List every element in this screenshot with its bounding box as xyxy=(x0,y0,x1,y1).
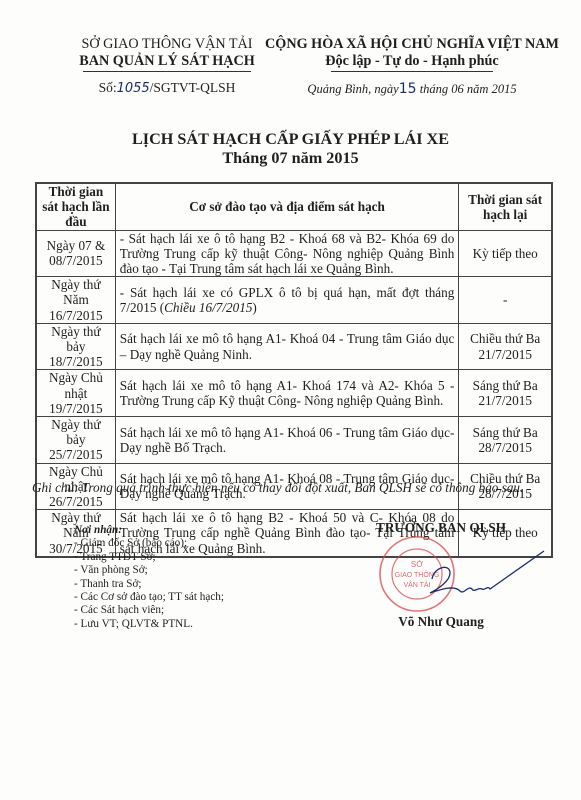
header-first-exam: Thời gian sát hạch lần đầu xyxy=(36,183,115,230)
recipient-item: - Lưu VT; QLVT& PTNL. xyxy=(74,618,224,631)
first-exam-date: Ngày thứ bảy 25/7/2015 xyxy=(36,417,115,464)
motto: Độc lập - Tự do - Hạnh phúc xyxy=(262,53,562,70)
exam-location: - Sát hạch lái xe ô tô hạng B2 - Khoá 68… xyxy=(115,230,459,277)
agency-underline xyxy=(83,71,251,72)
first-exam-date: Ngày 07 & 08/7/2015 xyxy=(36,230,115,277)
department-name: SỞ GIAO THÔNG VẬN TẢI xyxy=(52,36,282,53)
issue-date: Quảng Bình, ngày15 tháng 06 năm 2015 xyxy=(262,81,562,97)
first-exam-date: Ngày thứ bảy 18/7/2015 xyxy=(36,323,115,370)
number-handwritten: 1055 xyxy=(117,81,150,96)
table-row: Ngày 07 & 08/7/2015- Sát hạch lái xe ô t… xyxy=(36,230,552,277)
date-suffix: tháng 06 năm 2015 xyxy=(417,82,517,96)
nation-name: CỘNG HÒA XÃ HỘI CHỦ NGHĨA VIỆT NAM xyxy=(262,36,562,53)
table-row: Ngày thứ Năm 16/7/2015- Sát hạch lái xe … xyxy=(36,277,552,324)
recipients-list: - Giám đốc Sở (báo cáo);- Trang TTĐT Sở;… xyxy=(74,537,224,631)
table-row: Ngày thứ bảy 18/7/2015Sát hạch lái xe mô… xyxy=(36,323,552,370)
motto-underline xyxy=(331,71,493,72)
title-line-2: Tháng 07 năm 2015 xyxy=(0,149,581,168)
location-text: Sát hạch lái xe mô tô hạng A1- Khoá 06 -… xyxy=(120,425,455,455)
signer-position: TRƯỞNG BAN QLSH xyxy=(346,520,536,536)
first-exam-date: Ngày Chủ nhật 19/7/2015 xyxy=(36,370,115,417)
exam-location: Sát hạch lái xe mô tô hạng A1- Khoá 04 -… xyxy=(115,323,459,370)
recipient-item: - Văn phòng Sở; xyxy=(74,564,224,577)
footnote: Ghi chú: Trong quá trình thực hiện nếu c… xyxy=(32,480,523,496)
number-prefix: Số: xyxy=(99,80,117,95)
recipient-item: - Trang TTĐT Sở; xyxy=(74,551,224,564)
first-exam-date: Ngày thứ Năm 16/7/2015 xyxy=(36,277,115,324)
retest-date: Chiều thứ Ba 21/7/2015 xyxy=(459,323,552,370)
document-number: Số:1055/SGTVT-QLSH xyxy=(52,80,282,96)
number-suffix: /SGTVT-QLSH xyxy=(150,80,236,95)
location-italic-note: Chiều 16/7/2015 xyxy=(164,300,252,315)
exam-schedule-table: Thời gian sát hạch lần đầu Cơ sở đào tạo… xyxy=(35,182,553,558)
recipient-item: - Các Cơ sở đào tạo; TT sát hạch; xyxy=(74,591,224,604)
header-location: Cơ sở đào tạo và địa điểm sát hạch xyxy=(115,183,459,230)
board-name: BAN QUẢN LÝ SÁT HẠCH xyxy=(52,53,282,70)
recipient-item: - Giám đốc Sở (báo cáo); xyxy=(74,537,224,550)
recipient-item: - Thanh tra Sở; xyxy=(74,578,224,591)
retest-date: - xyxy=(459,277,552,324)
signer-name: Võ Như Quang xyxy=(346,614,536,630)
date-prefix: Quảng Bình, ngày xyxy=(307,82,398,96)
table-row: Ngày Chủ nhật 19/7/2015Sát hạch lái xe m… xyxy=(36,370,552,417)
table-row: Ngày thứ bảy 25/7/2015Sát hạch lái xe mô… xyxy=(36,417,552,464)
location-tail: ) xyxy=(252,300,256,315)
recipient-item: - Các Sát hạch viên; xyxy=(74,604,224,617)
location-text: - Sát hạch lái xe ô tô hạng B2 - Khoá 68… xyxy=(120,231,455,276)
recipients-heading: Nơi nhận: xyxy=(74,524,224,537)
title-line-1: LỊCH SÁT HẠCH CẤP GIẤY PHÉP LÁI XE xyxy=(0,130,581,149)
table-header-row: Thời gian sát hạch lần đầu Cơ sở đào tạo… xyxy=(36,183,552,230)
signature-block: TRƯỞNG BAN QLSH Võ Như Quang xyxy=(346,520,536,630)
national-header-block: CỘNG HÒA XÃ HỘI CHỦ NGHĨA VIỆT NAM Độc l… xyxy=(262,36,562,97)
location-text: Sát hạch lái xe mô tô hạng A1- Khoá 04 -… xyxy=(120,331,455,361)
date-day-handwritten: 15 xyxy=(399,81,417,97)
recipients-block: Nơi nhận: - Giám đốc Sở (báo cáo);- Tran… xyxy=(74,524,224,631)
retest-date: Sáng thứ Ba 28/7/2015 xyxy=(459,417,552,464)
exam-location: Sát hạch lái xe mô tô hạng A1- Khoá 06 -… xyxy=(115,417,459,464)
header-retest: Thời gian sát hạch lại xyxy=(459,183,552,230)
location-text: Sát hạch lái xe mô tô hạng A1- Khoá 174 … xyxy=(120,378,455,408)
exam-location: Sát hạch lái xe mô tô hạng A1- Khoá 174 … xyxy=(115,370,459,417)
retest-date: Kỳ tiếp theo xyxy=(459,230,552,277)
exam-location: - Sát hạch lái xe có GPLX ô tô bị quá hạ… xyxy=(115,277,459,324)
retest-date: Sáng thứ Ba 21/7/2015 xyxy=(459,370,552,417)
document-title: LỊCH SÁT HẠCH CẤP GIẤY PHÉP LÁI XE Tháng… xyxy=(0,130,581,168)
issuing-agency-block: SỞ GIAO THÔNG VẬN TẢI BAN QUẢN LÝ SÁT HẠ… xyxy=(52,36,282,96)
